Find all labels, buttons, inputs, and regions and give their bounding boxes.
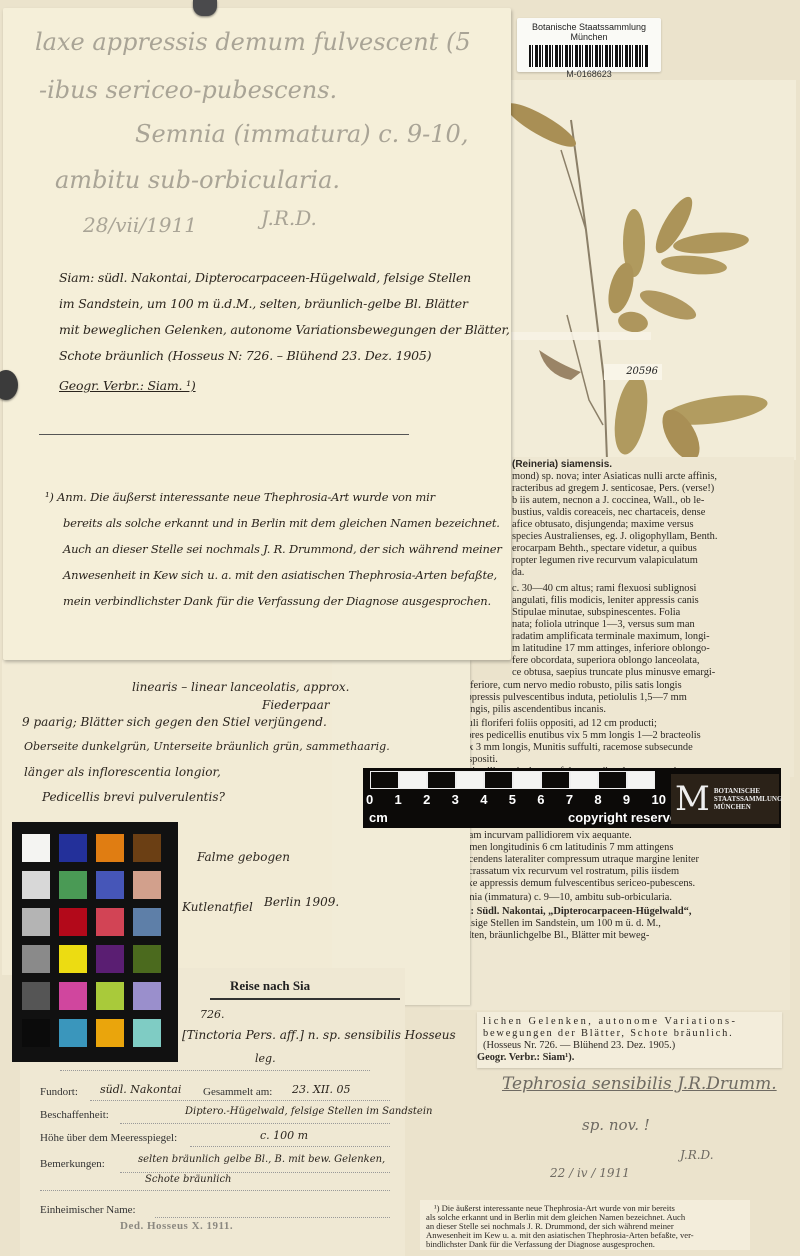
leaf-m-logo-icon: M [675, 779, 710, 819]
specimen-number: 20596 [604, 364, 662, 380]
field-label-bemerkungen: Bemerkungen: [40, 1158, 105, 1170]
description-line: mond) sp. nova; inter Asiaticas nulli ar… [512, 471, 717, 483]
ink-line: Geogr. Verbr.: Siam. ¹) [59, 378, 196, 393]
plant-specimen [511, 80, 796, 460]
footnote-line: ¹) Anm. Die äußerst interessante neue Th… [45, 490, 435, 504]
footnote-line: bereits als solche erkannt und in Berlin… [63, 516, 500, 530]
color-swatch [133, 982, 161, 1010]
color-swatch [22, 871, 50, 899]
color-swatch [59, 908, 87, 936]
logo-text: BOTANISCHE STAATSSAMMLUNG MÜNCHEN [714, 787, 783, 811]
handwritten-note-card: laxe appressis demum fulvescent (5 -ibus… [3, 8, 511, 660]
description-line: ascendens lateraliter compressum utraque… [460, 854, 699, 866]
dotted-line [120, 1172, 390, 1173]
color-swatch [22, 908, 50, 936]
color-swatch [133, 834, 161, 862]
ruler-tick: 7 [566, 792, 573, 807]
ruler-tick: 4 [480, 792, 487, 807]
description-line: ropter legumen rive recurvum valapiculat… [512, 555, 698, 567]
continuation-line: bewegungen der Blätter, Schote bräunlich… [483, 1028, 734, 1040]
description-line: Legumen longitudinis 6 cm latitudinis 7 … [448, 842, 673, 854]
dotted-line [40, 1190, 390, 1191]
color-swatch [59, 982, 87, 1010]
determination-date: 22 / iv / 1911 [550, 1166, 630, 1180]
description-line: bustius, valdis coreaceis, nec chartacei… [512, 507, 705, 519]
description-line: nata; foliola utrinque 1—3, versus sum m… [512, 619, 695, 631]
description-line: carinam incurvam pallidiorem vix aequant… [448, 830, 632, 842]
color-swatch [96, 982, 124, 1010]
field-value-bemerkungen-2: Schote bräunlich [145, 1174, 232, 1185]
color-swatch [96, 945, 124, 973]
ruler-tick: 3 [452, 792, 459, 807]
description-line: Stipulae minutae, subspinescentes. Folia [512, 607, 680, 619]
description-line: m latitudine 17 mm attinges, inferiore o… [512, 643, 710, 655]
description-line: incrassatum vix recurvum vel rostratum, … [460, 866, 679, 878]
field-value-hoehe: c. 100 m [260, 1129, 308, 1142]
taxon-name: [Tinctoria Pers. aff.] n. sp. sensibilis… [182, 1028, 456, 1042]
field-label-gesammelt: Gesammelt am: [203, 1086, 272, 1098]
description-line: afice obtusato, disjungenda; maxime vers… [512, 519, 694, 531]
description-line: c. 30—40 cm altus; rami flexuosi sublign… [512, 583, 696, 595]
color-swatch [22, 945, 50, 973]
footnote-line: Anwesenheit in Kew sich u. a. mit den as… [63, 568, 497, 582]
copyright-notice: copyright reserved [568, 810, 685, 825]
color-swatch [133, 945, 161, 973]
description-line: angulati, filis modicis, leniter appress… [512, 595, 699, 607]
draft-line: Kutlenatfiel [182, 900, 253, 914]
pencil-line: ambitu sub-orbicularia. [55, 166, 340, 194]
dotted-line [155, 1217, 390, 1218]
dotted-line [60, 1070, 370, 1071]
pencil-line: laxe appressis demum fulvescent (5 [35, 28, 471, 56]
herbarium-sheet: 20596 Botanische Staatssammlung München … [0, 0, 800, 1256]
color-swatch [59, 834, 87, 862]
continuation-line: lichen Gelenken, autonome Variations- [483, 1016, 737, 1028]
ruler-tick: 8 [594, 792, 601, 807]
donation-stamp: Ded. Hosseus X. 1911. [120, 1220, 233, 1232]
ruler-unit: cm [369, 810, 388, 825]
description-line: fere obcordata, superiora oblongo lanceo… [512, 655, 700, 667]
description-line: flores pedicellis enutibus vix 5 mm long… [460, 730, 701, 742]
divider-rule [39, 434, 409, 435]
color-swatch [22, 1019, 50, 1047]
color-swatch [96, 908, 124, 936]
printed-footnote: ¹) Die äußerst interessante neue Thephro… [420, 1200, 750, 1250]
description-line: selten, bräunlichgelbe Bl., Blätter mit … [460, 930, 649, 942]
draft-line: länger als inflorescentia longior, [24, 765, 221, 779]
determination-name: Tephrosia sensibilis J.R.Drumm. [502, 1074, 777, 1094]
description-line: Semmia (immatura) c. 9—10, ambitu sub-or… [448, 892, 672, 904]
description-line: species Australienses, eg. J. oligophyll… [512, 531, 717, 543]
ruler-tick: 0 [366, 792, 373, 807]
plant-illustration [511, 80, 796, 460]
draft-line: linearis – linear lanceolatis, approx. [132, 680, 350, 694]
description-line: vix 3 mm longis, Munitis suffulti, racem… [460, 742, 693, 754]
field-label-fundort: Fundort: [40, 1086, 78, 1098]
description-line: longis, pilis ascendentibus incanis. [462, 704, 606, 716]
catalog-number: M-0168623 [517, 69, 661, 79]
dotted-line [190, 1146, 390, 1147]
scale-ruler: 0 1 2 3 4 5 6 7 8 9 10 cm copyright rese… [363, 768, 781, 828]
color-swatch [22, 982, 50, 1010]
field-value-bemerkungen: selten bräunlich gelbe Bl., B. mit bew. … [138, 1154, 385, 1165]
institution-logo: M BOTANISCHE STAATSSAMMLUNG MÜNCHEN [671, 774, 779, 824]
label-heading: Reise nach Sia [230, 978, 310, 994]
field-label-beschaffenheit: Beschaffenheit: [40, 1109, 109, 1121]
field-value-gesammelt: 23. XII. 05 [292, 1083, 351, 1096]
ruler-tick: 6 [537, 792, 544, 807]
continuation-line: (Hosseus Nr. 726. — Blühend 23. Dez. 190… [483, 1040, 675, 1052]
determiner-initials: J.R.D. [680, 1148, 714, 1162]
description-line: Ramuli floriferi foliis oppositi, ad 12 … [448, 718, 657, 730]
dotted-line [120, 1123, 390, 1124]
description-line: inferiore, cum nervo medio robusto, pili… [462, 680, 682, 692]
description-line: laxe appressis demum fulvescentibus seri… [460, 878, 695, 890]
color-swatch [59, 945, 87, 973]
draft-line: Falme gebogen [197, 850, 290, 864]
ink-line: mit beweglichen Gelenken, autonome Varia… [59, 322, 510, 337]
draft-line: Oberseite dunkelgrün, Unterseite bräunli… [24, 740, 390, 753]
mounting-pin [193, 0, 217, 16]
draft-line: 9 paarig; Blätter sich gegen den Stiel v… [22, 715, 327, 729]
description-line: radatim amplificata terminale maximum, l… [512, 631, 710, 643]
color-swatch [133, 908, 161, 936]
description-line: erocarpam Behth., spectare videtur, a qu… [512, 543, 697, 555]
field-value-fundort: südl. Nakontai [100, 1083, 181, 1096]
pencil-initials: J.R.D. [261, 206, 317, 230]
ink-line: Schote bräunlich (Hosseus N: 726. – Blüh… [59, 348, 431, 363]
description-line: racteribus ad gregem J. senticosae, Pers… [512, 483, 714, 495]
ink-line: im Sandstein, um 100 m ü.d.M., selten, b… [59, 296, 468, 311]
draft-line: Fiederpaar [262, 698, 330, 712]
continuation-line: Geogr. Verbr.: Siam¹). [477, 1052, 574, 1064]
ruler-tick: 10 [651, 792, 665, 807]
pencil-date: 28/vii/1911 [83, 213, 197, 237]
determination-status: sp. nov. ! [582, 1116, 650, 1134]
draft-line: Pedicellis brevi pulverulentis? [42, 790, 225, 804]
field-label-hoehe: Höhe über dem Meeresspiegel: [40, 1132, 177, 1144]
color-swatch [96, 834, 124, 862]
printed-description-lower: inferiore, cum nervo medio robusto, pili… [440, 680, 790, 1010]
color-swatch [22, 834, 50, 862]
description-line: da. [512, 567, 524, 579]
description-line: appressis pulvescentibus induta, petiolu… [462, 692, 687, 704]
annotation-slip [330, 660, 470, 1005]
footnote-line: bindlichster Dank für die Verfassung der… [426, 1240, 655, 1249]
description-line: Siam: Südl. Nakontai, „Dipterocarpaceen-… [448, 906, 691, 918]
determination-annotation: Tephrosia sensibilis J.R.Drumm. sp. nov.… [410, 1070, 795, 1200]
description-line: b iis autem, necnon a J. coccinea, Wall.… [512, 495, 704, 507]
description-line: ce obtusa, saepius truncate plus minusve… [512, 667, 715, 679]
color-calibration-chart [12, 822, 178, 1062]
taxon-name-leg: leg. [255, 1052, 276, 1065]
printed-continuation-strip: lichen Gelenken, autonome Variations- be… [477, 1012, 782, 1068]
footnote-line: mein verbindlichster Dank für die Verfas… [63, 594, 491, 608]
color-swatch [133, 871, 161, 899]
draft-line: Berlin 1909. [264, 895, 339, 909]
footnote-line: Auch an dieser Stelle sei nochmals J. R.… [63, 542, 502, 556]
collection-number: 726. [200, 1008, 225, 1021]
pencil-line: -ibus sericeo-pubescens. [39, 76, 337, 104]
ink-line: Siam: südl. Nakontai, Dipterocarpaceen-H… [59, 270, 471, 285]
field-label-einheimischer-name: Einheimischer Name: [40, 1204, 136, 1216]
label-rule [210, 998, 400, 1000]
ruler-tick: 9 [623, 792, 630, 807]
institution-name: Botanische Staatssammlung München [517, 22, 661, 42]
ruler-tick: 5 [509, 792, 516, 807]
field-value-beschaffenheit: Diptero.-Hügelwald, felsige Stellen im S… [185, 1106, 432, 1117]
ruler-tick: 1 [395, 792, 402, 807]
color-swatch [96, 1019, 124, 1047]
color-swatch [59, 1019, 87, 1047]
color-swatch [59, 871, 87, 899]
ruler-tick: 2 [423, 792, 430, 807]
ruler-numbers: 0 1 2 3 4 5 6 7 8 9 10 [366, 792, 666, 807]
pencil-line: Semnia (immatura) c. 9-10, [135, 120, 468, 148]
description-line: felsige Stellen im Sandstein, um 100 m ü… [460, 918, 661, 930]
color-swatch [96, 871, 124, 899]
description-heading: (Reineria) siamensis. [512, 459, 612, 471]
barcode [529, 45, 649, 67]
barcode-label: Botanische Staatssammlung München M-0168… [517, 18, 661, 72]
dotted-line [90, 1100, 390, 1101]
color-swatch [133, 1019, 161, 1047]
ruler-scale-bar [370, 771, 655, 789]
